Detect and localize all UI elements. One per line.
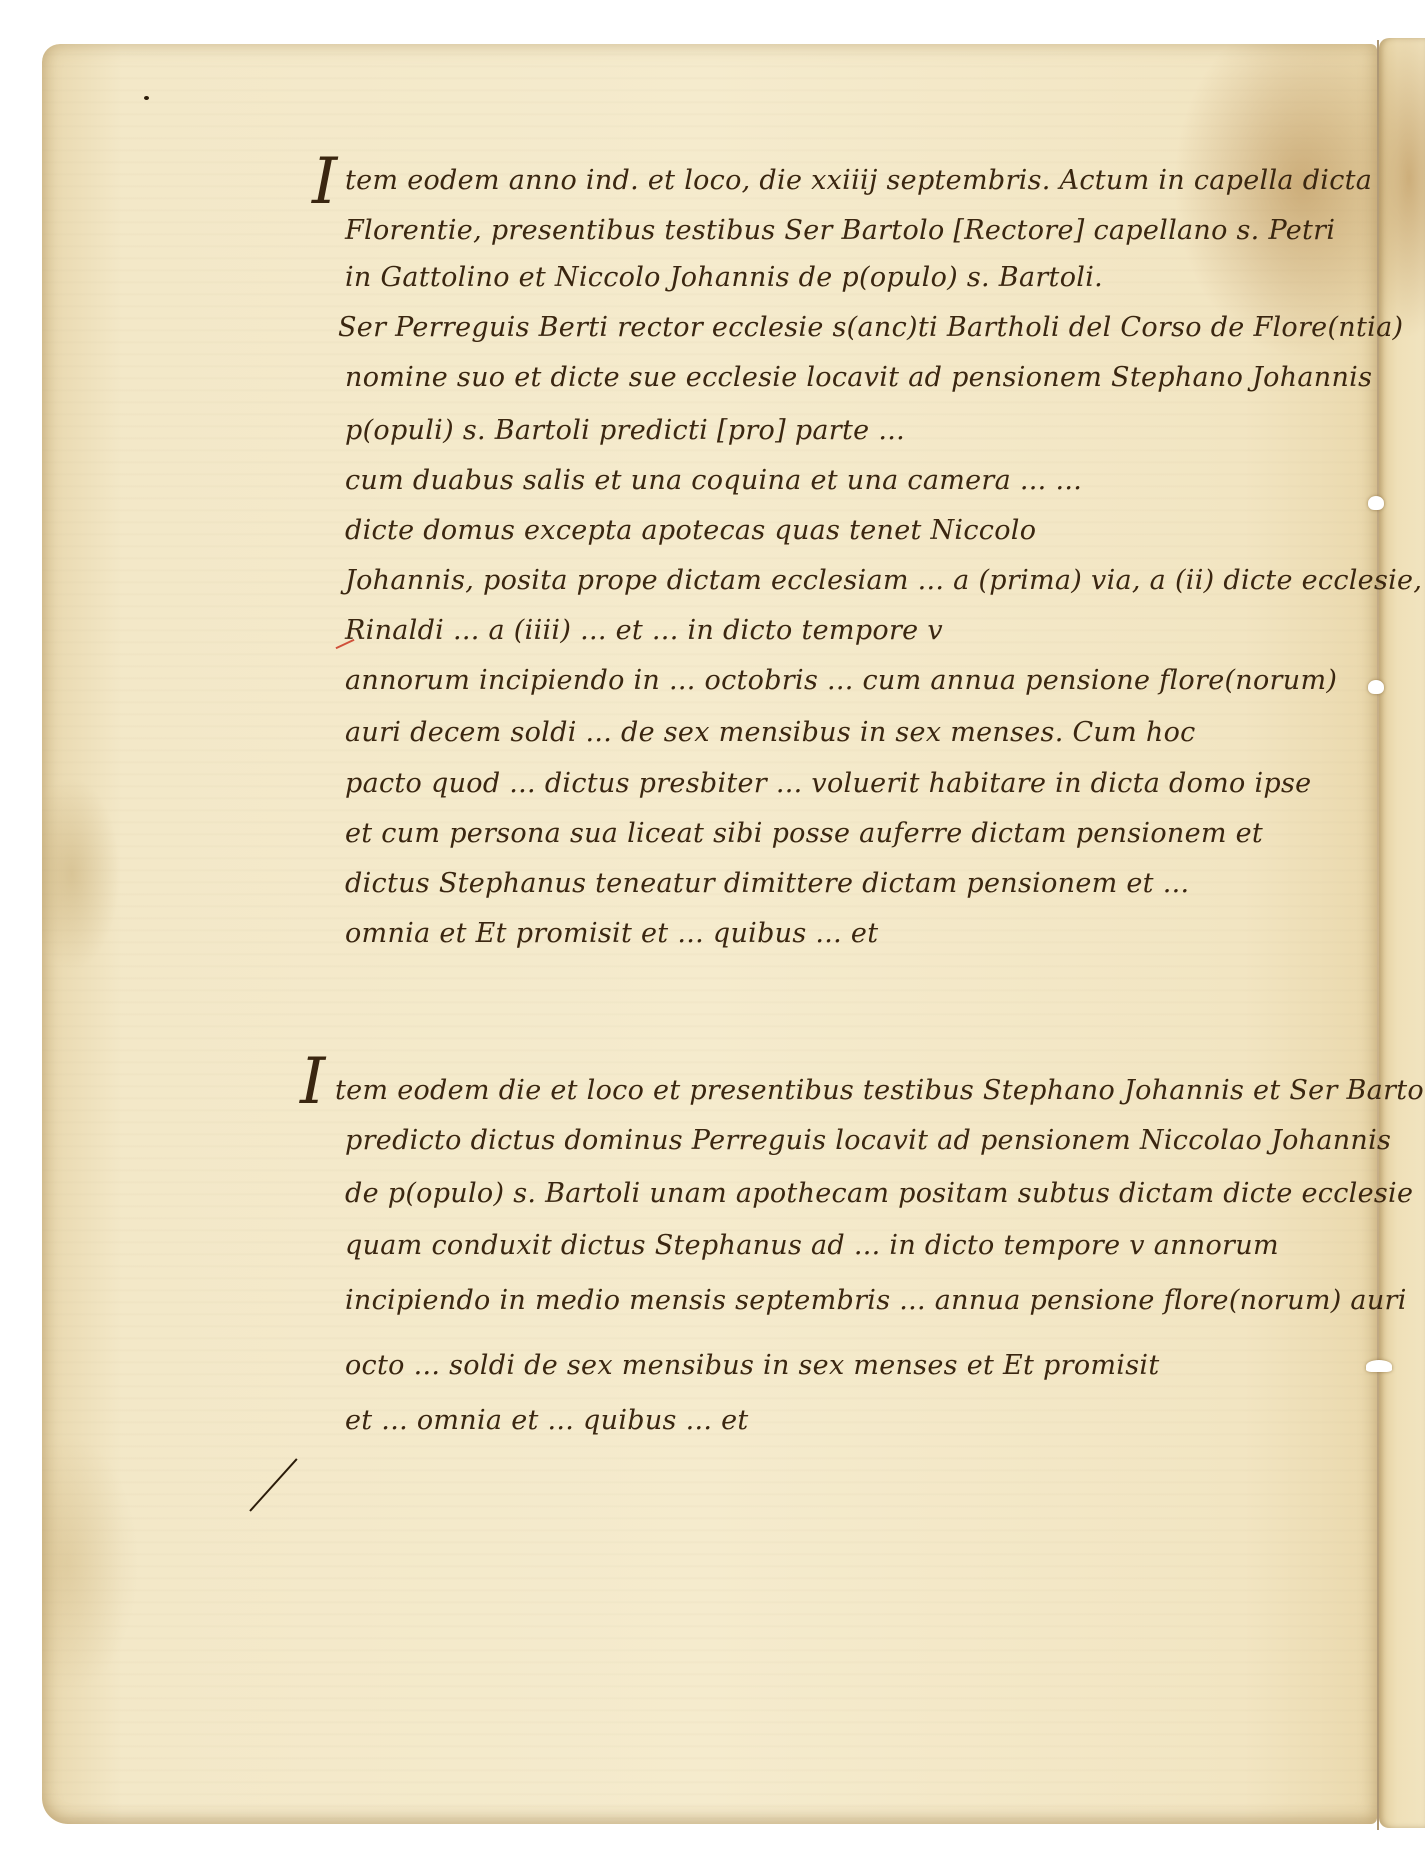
entry-line: predicto dictus dominus Perreguis locavi…	[345, 1125, 1391, 1156]
entry-line: p(opuli) s. Bartoli predicti [pro] parte…	[345, 415, 905, 446]
gutter-fold	[1377, 40, 1379, 1830]
entry-line: cum duabus salis et una coquina et una c…	[345, 465, 1082, 496]
entry-initial: I	[300, 1050, 326, 1114]
entry-line: dicte domus excepta apotecas quas tenet …	[345, 515, 1036, 546]
entry-line: incipiendo in medio mensis septembris ..…	[345, 1285, 1407, 1316]
manuscript-scan: I tem eodem anno ind. et loco, die xxiii…	[0, 0, 1425, 1850]
entry-line: auri decem soldi ... de sex mensibus in …	[345, 717, 1196, 748]
entry-line: omnia et Et promisit et ... quibus ... e…	[345, 918, 878, 949]
entry-line: octo ... soldi de sex mensibus in sex me…	[345, 1350, 1159, 1381]
entry-line: de p(opulo) s. Bartoli unam apothecam po…	[345, 1178, 1413, 1209]
entry-line: dictus Stephanus teneatur dimittere dict…	[345, 868, 1189, 899]
entry-line: Johannis, posita prope dictam ecclesiam …	[345, 565, 1425, 596]
entry-line: tem eodem anno ind. et loco, die xxiiij …	[345, 165, 1372, 196]
entry-line: pacto quod ... dictus presbiter ... volu…	[345, 768, 1311, 799]
entry-line: Rinaldi ... a (iiii) ... et ... in dicto…	[345, 615, 943, 646]
sewing-hole	[1368, 680, 1384, 694]
adjacent-leaf	[1379, 38, 1425, 1828]
entry-line: annorum incipiendo in ... octobris ... c…	[345, 665, 1337, 696]
entry-line: et ... omnia et ... quibus ... et	[345, 1405, 749, 1436]
sewing-hole	[1368, 496, 1384, 510]
entry-line: in Gattolino et Niccolo Johannis de p(op…	[345, 262, 1103, 293]
entry-line: quam conduxit dictus Stephanus ad ... in…	[345, 1230, 1279, 1261]
entry-line: tem eodem die et loco et presentibus tes…	[335, 1075, 1425, 1106]
entry-line: et cum persona sua liceat sibi posse auf…	[345, 818, 1263, 849]
entry-line: Florentie, presentibus testibus Ser Bart…	[345, 215, 1335, 246]
sewing-hole	[1366, 1360, 1392, 1372]
entry-line: nomine suo et dicte sue ecclesie locavit…	[345, 362, 1372, 393]
ink-speck	[144, 96, 149, 100]
entry-initial: I	[312, 150, 338, 214]
entry-line: Ser Perreguis Berti rector ecclesie s(an…	[338, 312, 1403, 343]
